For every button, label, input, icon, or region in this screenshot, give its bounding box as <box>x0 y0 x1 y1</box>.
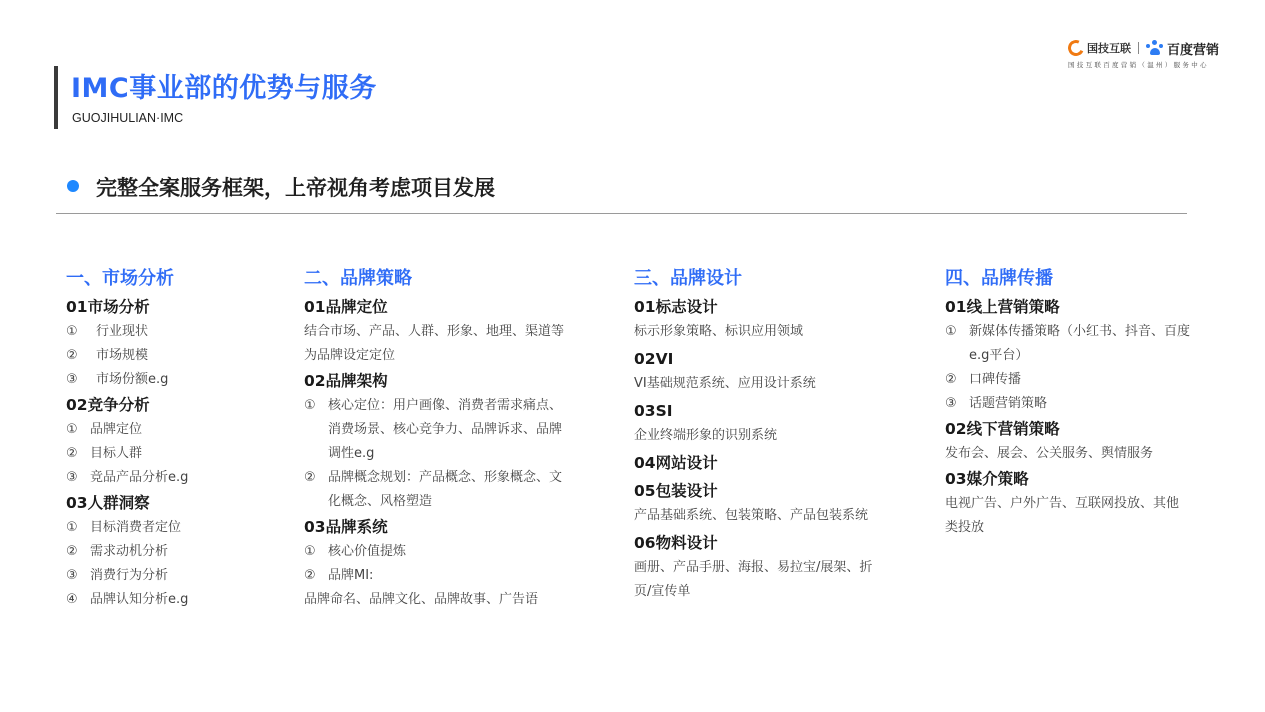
section-text: 产品基础系统、包装策略、产品包装系统 <box>634 504 884 528</box>
section-headline: 完整全案服务框架，上帝视角考虑项目发展 <box>96 172 495 202</box>
list-item: ③消费行为分析 <box>66 564 286 588</box>
list-item: ②目标人群 <box>66 442 286 466</box>
section-title: 02线下营销策略 <box>945 416 1190 442</box>
section-text: 结合市场、产品、人群、形象、地理、渠道等为品牌设定定位 <box>304 320 572 368</box>
section-title: 02竞争分析 <box>66 392 286 418</box>
list-item: ①品牌定位 <box>66 418 286 442</box>
section-title: 03人群洞察 <box>66 490 286 516</box>
guoji-logo-icon <box>1066 38 1087 59</box>
list-item: ①核心价值提炼 <box>304 540 572 564</box>
logo-divider <box>1138 42 1139 54</box>
list-item: ①核心定位：用户画像、消费者需求痛点、消费场景、核心竞争力、品牌诉求、品牌调性e… <box>304 394 572 466</box>
section-text: VI基础规范系统、应用设计系统 <box>634 372 884 396</box>
section-title: 03媒介策略 <box>945 466 1190 492</box>
brand-right-name: 百度营销 <box>1167 39 1219 58</box>
list-item: ②需求动机分析 <box>66 540 286 564</box>
list-item: ③竞品产品分析e.g <box>66 466 286 490</box>
column-brand-design: 三、品牌设计 01标志设计 标示形象策略、标识应用领域 02VI VI基础规范系… <box>634 266 884 604</box>
page-title: IMC事业部的优势与服务 <box>71 66 377 105</box>
list-item: ③话题营销策略 <box>945 392 1190 416</box>
divider-line <box>56 213 1187 214</box>
baidu-marketing-icon <box>1146 40 1164 56</box>
section-title: 01市场分析 <box>66 294 286 320</box>
list-item: ②品牌MI: <box>304 564 572 588</box>
section-title: 02品牌架构 <box>304 368 572 394</box>
column-heading: 四、品牌传播 <box>945 266 1190 292</box>
column-market-analysis: 一、市场分析 01市场分析 ①行业现状 ②市场规模 ③市场份额e.g 02竞争分… <box>66 266 286 612</box>
section-text: 电视广告、户外广告、互联网投放、其他类投放 <box>945 492 1190 540</box>
list-item: ①目标消费者定位 <box>66 516 286 540</box>
section-text: 发布会、展会、公关服务、舆情服务 <box>945 442 1190 466</box>
brand-logo: 国技互联 百度营销 国技互联百度营销（温州）服务中心 <box>1068 38 1230 70</box>
section-title: 03品牌系统 <box>304 514 572 540</box>
section-title: 01线上营销策略 <box>945 294 1190 320</box>
section-text: 品牌命名、品牌文化、品牌故事、广告语 <box>304 588 572 612</box>
section-title: 04网站设计 <box>634 450 884 476</box>
section-title: 01品牌定位 <box>304 294 572 320</box>
section-title: 05包装设计 <box>634 478 884 504</box>
section-text: 标示形象策略、标识应用领域 <box>634 320 884 344</box>
list-item: ②品牌概念规划：产品概念、形象概念、文化概念、风格塑造 <box>304 466 572 514</box>
brand-left-name: 国技互联 <box>1087 40 1131 56</box>
list-item: ②市场规模 <box>66 344 286 368</box>
column-heading: 一、市场分析 <box>66 266 286 292</box>
list-item: ③市场份额e.g <box>66 368 286 392</box>
page-subtitle: GUOJIHULIAN·IMC <box>72 111 183 125</box>
list-item: ①行业现状 <box>66 320 286 344</box>
section-title: 03SI <box>634 398 884 424</box>
section-text: 企业终端形象的识别系统 <box>634 424 884 448</box>
column-brand-communication: 四、品牌传播 01线上营销策略 ①新媒体传播策略（小红书、抖音、百度e.g平台）… <box>945 266 1190 540</box>
list-item: ②口碑传播 <box>945 368 1190 392</box>
bullet-dot-icon <box>67 180 79 192</box>
column-heading: 二、品牌策略 <box>304 266 572 292</box>
section-text: 画册、产品手册、海报、易拉宝/展架、折页/宣传单 <box>634 556 884 604</box>
title-accent-bar <box>54 66 58 129</box>
list-item: ①新媒体传播策略（小红书、抖音、百度e.g平台） <box>945 320 1190 368</box>
column-heading: 三、品牌设计 <box>634 266 884 292</box>
section-title: 06物料设计 <box>634 530 884 556</box>
logo-tagline: 国技互联百度营销（温州）服务中心 <box>1068 60 1230 69</box>
section-title: 02VI <box>634 346 884 372</box>
section-title: 01标志设计 <box>634 294 884 320</box>
list-item: ④品牌认知分析e.g <box>66 588 286 612</box>
column-brand-strategy: 二、品牌策略 01品牌定位 结合市场、产品、人群、形象、地理、渠道等为品牌设定定… <box>304 266 572 612</box>
